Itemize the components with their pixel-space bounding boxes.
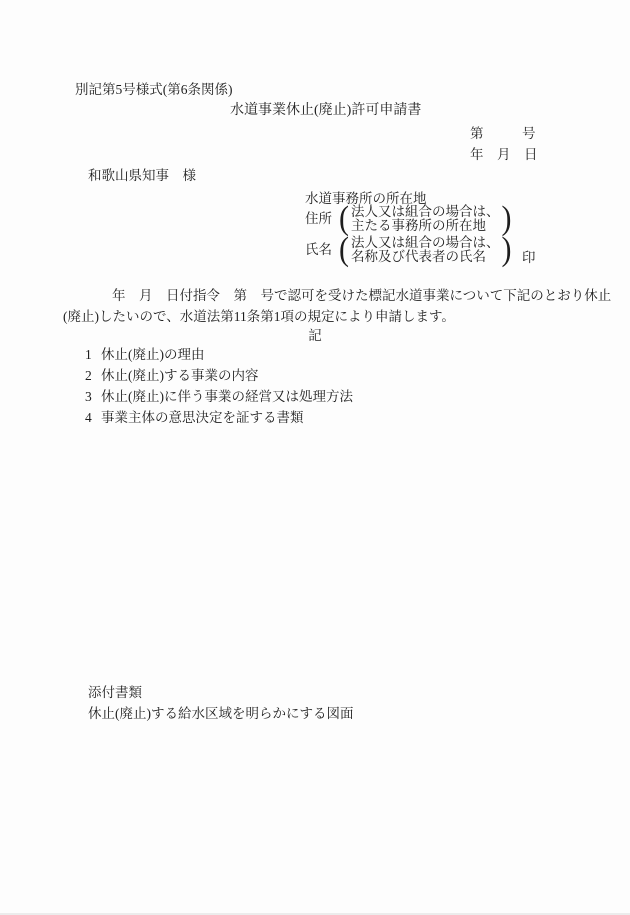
document-page: 別記第5号様式(第6条関係) 水道事業休止(廃止)許可申請書 第 号 年 月 日… [0, 0, 630, 915]
item-number: 2 [85, 369, 101, 383]
name-label: 氏名 [305, 243, 332, 257]
address-row: 住所 ( 法人又は組合の場合は、 主たる事務所の所在地 ) [305, 204, 514, 234]
seal-mark: 印 [522, 251, 536, 265]
item-number: 4 [85, 411, 101, 425]
body-line1: 年 月 日付指令 第 号で認可を受けた標記水道事業について下記のとおり休止 [112, 289, 611, 303]
name-row: 氏名 ( 法人又は組合の場合は、 名称及び代表者の氏名 ) [305, 235, 514, 265]
name-note-line1: 法人又は組合の場合は、 [351, 236, 500, 251]
item-number: 3 [85, 390, 101, 404]
addressee: 和歌山県知事 様 [88, 169, 196, 183]
list-item: 3 休止(廃止)に伴う事業の経営又は処理方法 [85, 390, 353, 404]
item-text: 休止(廃止)の理由 [101, 348, 205, 362]
doc-number-prefix: 第 [470, 127, 484, 141]
item-text: 休止(廃止)に伴う事業の経営又は処理方法 [101, 390, 353, 404]
open-paren: ( [339, 233, 349, 267]
name-note-line2: 名称及び代表者の氏名 [351, 250, 500, 265]
close-paren: ) [502, 233, 512, 267]
name-note: 法人又は組合の場合は、 名称及び代表者の氏名 [351, 236, 500, 265]
list-item: 2 休止(廃止)する事業の内容 [85, 369, 259, 383]
attachments-item: 休止(廃止)する給水区域を明らかにする図面 [88, 707, 354, 721]
page-title: 水道事業休止(廃止)許可申請書 [230, 104, 421, 118]
address-note: 法人又は組合の場合は、 主たる事務所の所在地 [351, 205, 500, 234]
attachments-heading: 添付書類 [88, 686, 142, 700]
body-line2: (廃止)したいので、水道法第11条第1項の規定により申請します。 [63, 310, 455, 324]
doc-number-suffix: 号 [522, 127, 536, 141]
item-text: 休止(廃止)する事業の内容 [101, 369, 259, 383]
record-heading: 記 [0, 329, 630, 343]
address-label: 住所 [305, 212, 332, 226]
address-note-line1: 法人又は組合の場合は、 [351, 205, 500, 220]
list-item: 4 事業主体の意思決定を証する書類 [85, 411, 304, 425]
address-note-line2: 主たる事務所の所在地 [351, 219, 500, 234]
date-line: 年 月 日 [470, 148, 538, 162]
item-text: 事業主体の意思決定を証する書類 [101, 411, 304, 425]
item-number: 1 [85, 348, 101, 362]
list-item: 1 休止(廃止)の理由 [85, 348, 205, 362]
form-number: 別記第5号様式(第6条関係) [75, 83, 233, 97]
